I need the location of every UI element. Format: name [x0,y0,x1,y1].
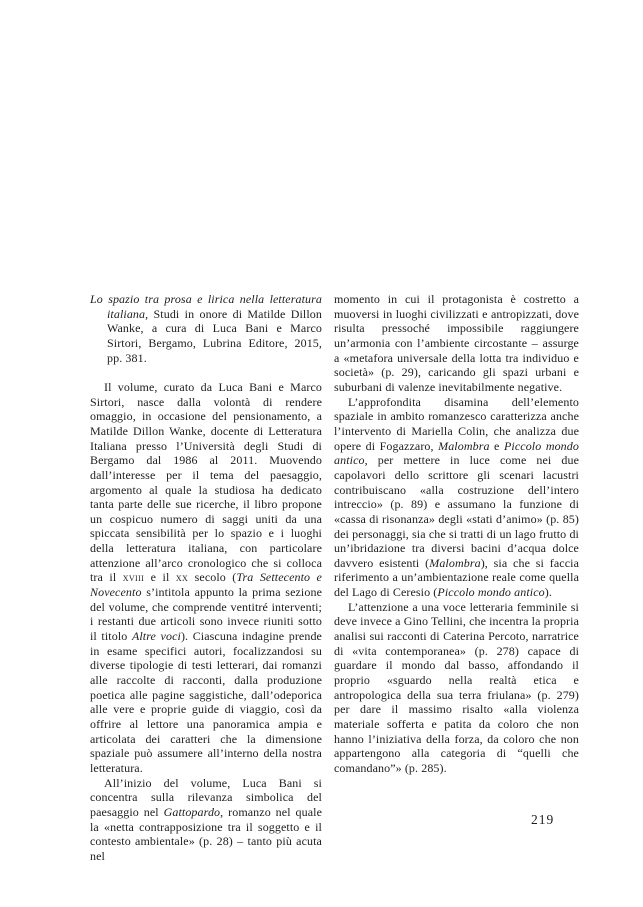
review-paragraph: momento in cui il protagonista è costret… [334,292,579,395]
body-text: e [490,439,504,453]
body-text: e il [144,570,176,584]
body-text: L’attenzione a una voce letteraria femmi… [334,600,579,775]
review-paragraph: L’attenzione a una voce letteraria femmi… [334,600,579,776]
review-paragraph: Il volume, curato da Luca Bani e Marco S… [90,380,322,776]
two-column-text: Lo spazio tra prosa e lirica nella lette… [90,292,579,864]
italic-title-text: Gattopardo [164,805,221,819]
body-text: , per mettere in luce come nei due capol… [334,453,579,570]
italic-title-text: Malombra [429,556,480,570]
italic-title-text: Altre voci [132,629,181,643]
body-text: ). [545,585,552,599]
body-text: secolo ( [188,570,236,584]
book-citation: Lo spazio tra prosa e lirica nella lette… [90,292,322,365]
left-column: Lo spazio tra prosa e lirica nella lette… [90,292,322,864]
review-paragraph: L’approfondita disamina dell’elemento sp… [334,395,579,600]
italic-title-text: Piccolo mondo antico [437,585,544,599]
page-number: 219 [531,812,554,828]
review-paragraph: All’inizio del volume, Luca Bani si conc… [90,776,322,864]
italic-title-text: Malombra [438,439,489,453]
body-text: momento in cui il protagonista è costret… [334,292,579,394]
journal-page: Lo spazio tra prosa e lirica nella lette… [0,0,643,907]
right-column: momento in cui il protagonista è costret… [334,292,579,864]
smallcaps-numeral-text: xx [176,570,188,584]
body-text: ). Ciascuna indagine prende in esame spe… [90,629,322,775]
smallcaps-numeral-text: xviii [123,570,145,584]
body-text: Il volume, curato da Luca Bani e Marco S… [90,380,322,585]
